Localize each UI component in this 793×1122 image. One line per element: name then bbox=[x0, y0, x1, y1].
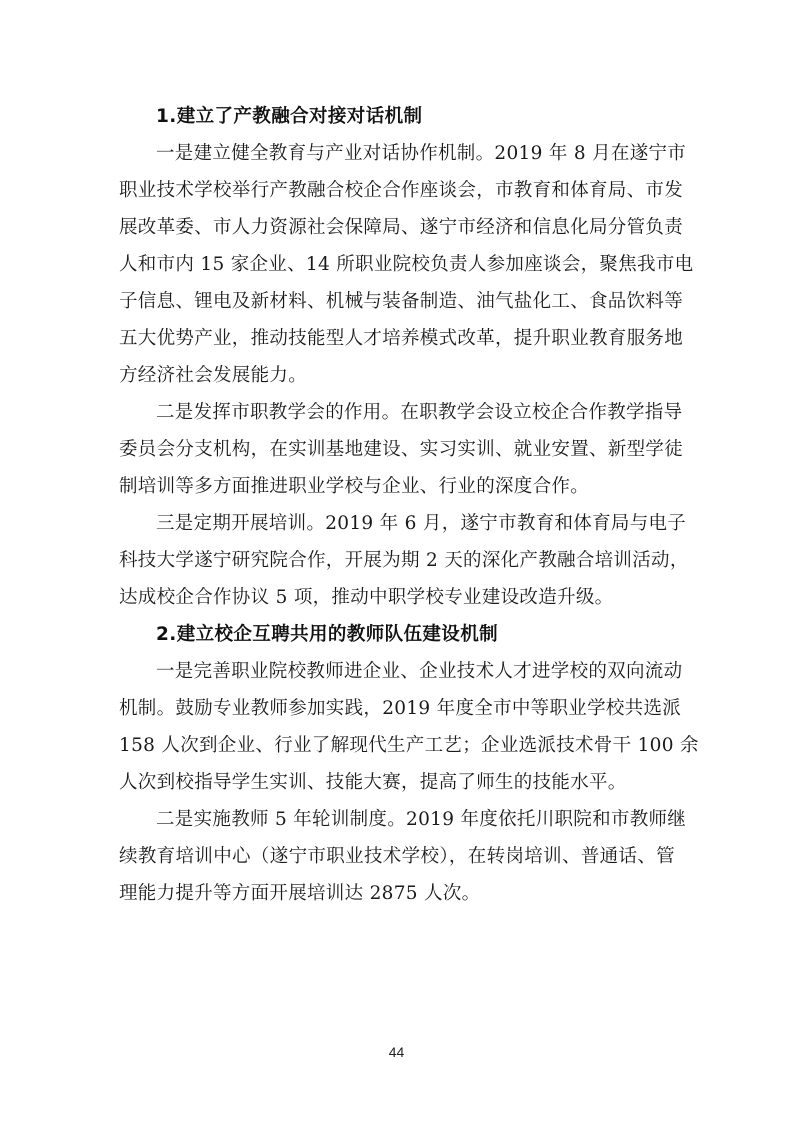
text-line: 达成校企合作协议 5 项，推动中职学校专业建设改造升级。 bbox=[119, 579, 675, 616]
text-line: 委员会分支机构，在实训基地建设、实习实训、就业安置、新型学徒 bbox=[119, 431, 675, 468]
text-line: 子信息、锂电及新材料、机械与装备制造、油气盐化工、食品饮料等 bbox=[119, 283, 675, 320]
paragraph: 一是建立健全教育与产业对话协作机制。2019 年 8 月在遂宁市 职业技术学校举… bbox=[119, 135, 675, 394]
text-line: 三是定期开展培训。2019 年 6 月，遂宁市教育和体育局与电子 bbox=[119, 505, 675, 542]
page-number: 44 bbox=[0, 1044, 793, 1060]
text-line: 158 人次到企业、行业了解现代生产工艺；企业选派技术骨干 100 余 bbox=[119, 727, 675, 764]
text-line: 人和市内 15 家企业、14 所职业院校负责人参加座谈会，聚焦我市电 bbox=[119, 246, 675, 283]
text-line: 方经济社会发展能力。 bbox=[119, 357, 675, 394]
paragraph: 三是定期开展培训。2019 年 6 月，遂宁市教育和体育局与电子 科技大学遂宁研… bbox=[119, 505, 675, 616]
text-line: 二是实施教师 5 年轮训制度。2019 年度依托川职院和市教师继 bbox=[119, 801, 675, 838]
paragraph: 二是实施教师 5 年轮训制度。2019 年度依托川职院和市教师继 续教育培训中心… bbox=[119, 801, 675, 912]
paragraph: 二是发挥市职教学会的作用。在职教学会设立校企合作教学指导 委员会分支机构，在实训… bbox=[119, 394, 675, 505]
text-line: 制培训等多方面推进职业学校与企业、行业的深度合作。 bbox=[119, 468, 675, 505]
text-line: 二是发挥市职教学会的作用。在职教学会设立校企合作教学指导 bbox=[119, 394, 675, 431]
document-page: 1.建立了产教融合对接对话机制 一是建立健全教育与产业对话协作机制。2019 年… bbox=[119, 98, 675, 912]
text-line: 人次到校指导学生实训、技能大赛，提高了师生的技能水平。 bbox=[119, 764, 675, 801]
text-line: 续教育培训中心（遂宁市职业技术学校），在转岗培训、普通话、管 bbox=[119, 838, 675, 875]
text-line: 机制。鼓励专业教师参加实践，2019 年度全市中等职业学校共选派 bbox=[119, 690, 675, 727]
text-line: 展改革委、市人力资源社会保障局、遂宁市经济和信息化局分管负责 bbox=[119, 209, 675, 246]
text-line: 理能力提升等方面开展培训达 2875 人次。 bbox=[119, 875, 675, 912]
paragraph: 一是完善职业院校教师进企业、企业技术人才进学校的双向流动 机制。鼓励专业教师参加… bbox=[119, 653, 675, 801]
section-heading: 2.建立校企互聘共用的教师队伍建设机制 bbox=[119, 616, 675, 653]
text-line: 科技大学遂宁研究院合作，开展为期 2 天的深化产教融合培训活动， bbox=[119, 542, 675, 579]
text-line: 一是建立健全教育与产业对话协作机制。2019 年 8 月在遂宁市 bbox=[119, 135, 675, 172]
text-line: 一是完善职业院校教师进企业、企业技术人才进学校的双向流动 bbox=[119, 653, 675, 690]
section-heading: 1.建立了产教融合对接对话机制 bbox=[119, 98, 675, 135]
text-line: 职业技术学校举行产教融合校企合作座谈会，市教育和体育局、市发 bbox=[119, 172, 675, 209]
text-line: 五大优势产业，推动技能型人才培养模式改革，提升职业教育服务地 bbox=[119, 320, 675, 357]
